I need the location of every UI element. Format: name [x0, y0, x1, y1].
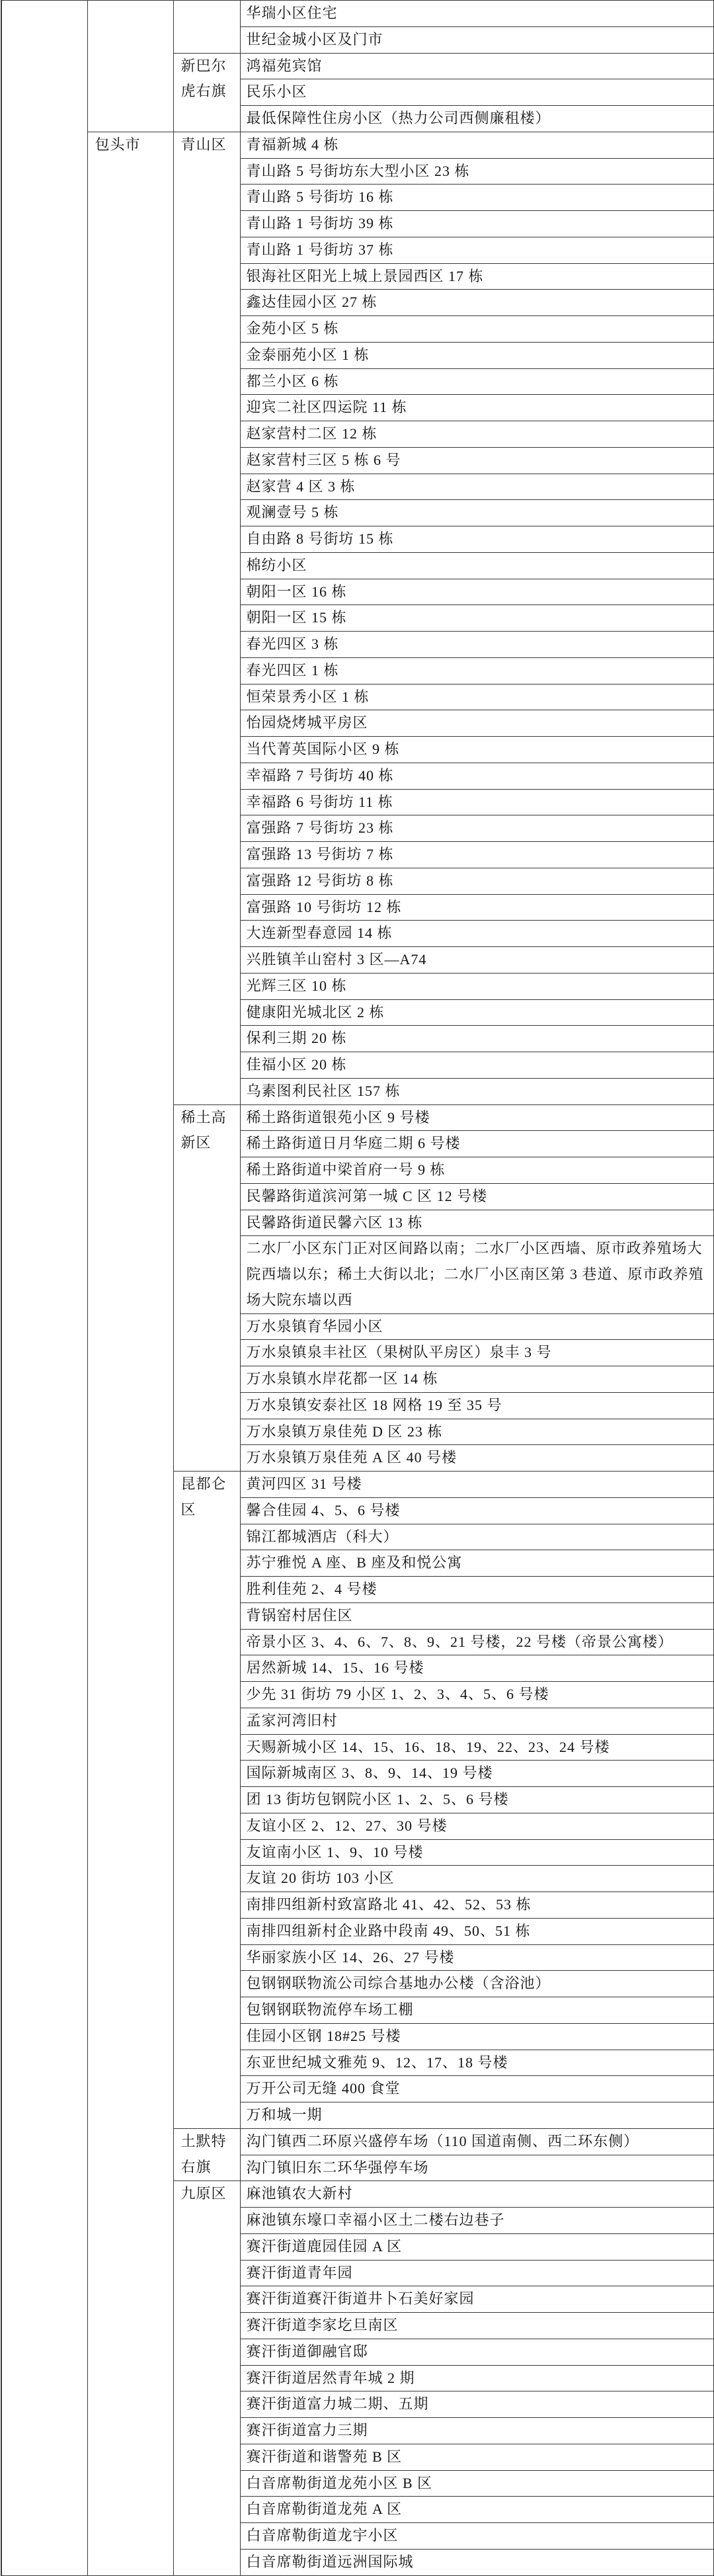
community-cell: 麻池镇农大新村: [240, 2181, 713, 2208]
community-cell: 赛汗街道御融官邸: [240, 2339, 713, 2365]
district-cell: 青山区: [173, 132, 240, 1104]
community-cell: 华丽家族小区 14、26、27 号楼: [240, 1944, 713, 1971]
community-cell: 民馨路街道滨河第一城 C 区 12 号楼: [240, 1183, 713, 1210]
community-cell: 万和城一期: [240, 2102, 713, 2129]
community-cell: 青山路 5 号街坊 16 栋: [240, 185, 713, 211]
community-cell: 赛汗街道富力三期: [240, 2418, 713, 2444]
community-cell: 南排四组新村企业路中段南 49、50、51 栋: [240, 1918, 713, 1944]
district-cell-continuation: [173, 1, 240, 54]
community-cell: 赛汗街道居然青年城 2 期: [240, 2365, 713, 2391]
community-cell: 青福新城 4 栋: [240, 132, 713, 158]
community-cell: 鸿福苑宾馆: [240, 53, 713, 79]
community-cell: 怡园烧烤城平房区: [240, 710, 713, 737]
community-cell: 青山路 5 号街坊东大型小区 23 栋: [240, 158, 713, 185]
community-cell: 迎宾二社区四运院 11 栋: [240, 395, 713, 421]
community-cell: 银海社区阳光上城上景园西区 17 栋: [240, 263, 713, 290]
community-cell: 最低保障性住房小区（热力公司西侧廉租楼）: [240, 106, 713, 132]
community-cell: 健康阳光城北区 2 栋: [240, 999, 713, 1026]
community-cell: 恒荣景秀小区 1 栋: [240, 684, 713, 710]
community-cell: 幸福路 6 号街坊 11 栋: [240, 789, 713, 815]
community-cell: 背锅窑村居住区: [240, 1602, 713, 1629]
community-cell: 帝景小区 3、4、6、7、8、9、21 号楼，22 号楼（帝景公寓楼）: [240, 1629, 713, 1655]
community-cell: 万水泉镇水岸花都一区 14 栋: [240, 1366, 713, 1393]
community-cell: 民乐小区: [240, 79, 713, 106]
city-cell-baotou: 包头市: [87, 132, 173, 2575]
community-cell: 金苑小区 5 栋: [240, 316, 713, 343]
community-cell: 天赐新城小区 14、15、16、18、19、22、23、24 号楼: [240, 1734, 713, 1761]
community-cell: 东亚世纪城文雅苑 9、12、17、18 号楼: [240, 2050, 713, 2076]
district-cell: 九原区: [173, 2181, 240, 2575]
community-cell: 白音席勒街道龙苑小区 B 区: [240, 2470, 713, 2497]
community-cell: 万水泉镇万泉佳苑 A 区 40 号楼: [240, 1445, 713, 1472]
community-cell: 大连新型春意园 14 栋: [240, 921, 713, 947]
community-cell: 万水泉镇安泰社区 18 网格 19 至 35 号: [240, 1392, 713, 1419]
community-cell: 国际新城南区 3、8、9、14、19 号楼: [240, 1761, 713, 1787]
community-cell: 赛汗街道鹿园佳园 A 区: [240, 2233, 713, 2260]
community-cell: 万水泉镇万泉佳苑 D 区 23 栋: [240, 1419, 713, 1445]
community-cell: 稀土路街道日月华庭二期 6 号楼: [240, 1131, 713, 1157]
community-cell: 兴胜镇羊山窑村 3 区—A74: [240, 947, 713, 974]
district-cell: 稀土高新区: [173, 1104, 240, 1472]
community-cell: 富强路 13 号街坊 7 栋: [240, 842, 713, 868]
community-cell: 光辉三区 10 栋: [240, 973, 713, 999]
community-cell: 都兰小区 6 栋: [240, 368, 713, 395]
community-cell: 乌素图利民社区 157 栋: [240, 1078, 713, 1104]
region-cell: [1, 1, 87, 2576]
community-cell: 苏宁雅悦 A 座、B 座及和悦公寓: [240, 1550, 713, 1577]
community-cell: 万开公司无缝 400 食堂: [240, 2076, 713, 2102]
community-cell: 观澜壹号 5 栋: [240, 500, 713, 526]
community-cell: 胜利佳苑 2、4 号楼: [240, 1577, 713, 1603]
community-cell: 孟家河湾旧村: [240, 1708, 713, 1734]
community-cell: 友谊南小区 1、9、10 号楼: [240, 1839, 713, 1866]
community-cell: 沟门镇旧东二环华强停车场: [240, 2155, 713, 2181]
community-cell: 当代菁英国际小区 9 栋: [240, 737, 713, 763]
community-cell: 二水厂小区东门正对区间路以南；二水厂小区西墙、原市政养殖场大院西墙以东；稀土大街…: [240, 1236, 713, 1313]
community-cell: 白音席勒街道远洲国际城: [240, 2549, 713, 2575]
community-cell: 锦江都城酒店（科大）: [240, 1524, 713, 1550]
community-cell: 富强路 10 号街坊 12 栋: [240, 894, 713, 921]
community-cell: 赵家营村二区 12 栋: [240, 421, 713, 448]
table-body: 华瑞小区住宅世纪金城小区及门市新巴尔虎右旗鸿福苑宾馆民乐小区最低保障性住房小区（…: [1, 1, 713, 2576]
district-cell: 昆都仑区: [173, 1472, 240, 2129]
community-cell: 金泰丽苑小区 1 栋: [240, 342, 713, 368]
lockdown-communities-table: 华瑞小区住宅世纪金城小区及门市新巴尔虎右旗鸿福苑宾馆民乐小区最低保障性住房小区（…: [1, 0, 714, 2576]
community-cell: 自由路 8 号街坊 15 栋: [240, 526, 713, 553]
community-cell: 居然新城 14、15、16 号楼: [240, 1655, 713, 1682]
community-cell: 佳福小区 20 栋: [240, 1052, 713, 1079]
community-cell: 友谊 20 街坊 103 小区: [240, 1866, 713, 1892]
community-cell: 佳园小区钢 18#25 号楼: [240, 2023, 713, 2050]
community-cell: 南排四组新村致富路北 41、42、52、53 栋: [240, 1892, 713, 1919]
community-cell: 棉纺小区: [240, 552, 713, 579]
community-cell: 包钢钢联物流公司综合基地办公楼（含浴池）: [240, 1971, 713, 1997]
community-cell: 万水泉镇泉丰社区（果树队平房区）泉丰 3 号: [240, 1340, 713, 1366]
district-cell: 土默特右旗: [173, 2128, 240, 2181]
community-cell: 春光四区 1 栋: [240, 657, 713, 684]
table-row: 包头市青山区青福新城 4 栋: [1, 132, 713, 158]
community-cell: 白音席勒街道龙宇小区: [240, 2523, 713, 2550]
community-cell: 沟门镇西二环原兴盛停车场（110 国道南侧、西二环东侧）: [240, 2128, 713, 2155]
community-cell: 赵家营村三区 5 栋 6 号: [240, 447, 713, 474]
community-cell: 赛汗街道赛汗街道井卜石美好家园: [240, 2286, 713, 2313]
community-cell: 春光四区 3 栋: [240, 632, 713, 658]
community-cell: 少先 31 街坊 79 小区 1、2、3、4、5、6 号楼: [240, 1682, 713, 1708]
community-cell: 赛汗街道和谐警苑 B 区: [240, 2444, 713, 2470]
community-cell: 鑫达佳园小区 27 栋: [240, 290, 713, 316]
community-cell: 保利三期 20 栋: [240, 1026, 713, 1052]
district-cell: 新巴尔虎右旗: [173, 53, 240, 132]
community-cell: 赛汗街道李家圪旦南区: [240, 2313, 713, 2339]
community-cell: 青山路 1 号街坊 39 栋: [240, 211, 713, 237]
community-cell: 麻池镇东壕口幸福小区土二楼右边巷子: [240, 2208, 713, 2234]
community-cell: 富强路 7 号街坊 23 栋: [240, 815, 713, 842]
community-cell: 朝阳一区 16 栋: [240, 579, 713, 605]
community-cell: 友谊小区 2、12、27、30 号楼: [240, 1813, 713, 1839]
community-cell: 幸福路 7 号街坊 40 栋: [240, 763, 713, 789]
community-cell: 民馨路街道民馨六区 13 栋: [240, 1210, 713, 1236]
community-cell: 世纪金城小区及门市: [240, 26, 713, 53]
community-cell: 万水泉镇育华园小区: [240, 1313, 713, 1340]
community-cell: 赛汗街道富力城二期、五期: [240, 2391, 713, 2418]
community-cell: 稀土路街道中梁首府一号 9 栋: [240, 1157, 713, 1184]
community-cell: 华瑞小区住宅: [240, 1, 713, 27]
community-cell: 白音席勒街道龙苑 A 区: [240, 2497, 713, 2523]
table-row: 华瑞小区住宅: [1, 1, 713, 27]
community-cell: 馨合佳园 4、5、6 号楼: [240, 1497, 713, 1524]
community-cell: 朝阳一区 15 栋: [240, 605, 713, 632]
community-cell: 团 13 街坊包钢院小区 1、2、5、6 号楼: [240, 1787, 713, 1813]
community-cell: 青山路 1 号街坊 37 栋: [240, 237, 713, 263]
community-cell: 包钢钢联物流停车场工棚: [240, 1997, 713, 2024]
city-cell-continuation: [87, 1, 173, 132]
community-cell: 稀土路街道银苑小区 9 号楼: [240, 1104, 713, 1131]
community-cell: 赛汗街道青年园: [240, 2260, 713, 2286]
community-cell: 富强路 12 号街坊 8 栋: [240, 868, 713, 894]
community-cell: 赵家营 4 区 3 栋: [240, 474, 713, 500]
community-cell: 黄河四区 31 号楼: [240, 1472, 713, 1498]
